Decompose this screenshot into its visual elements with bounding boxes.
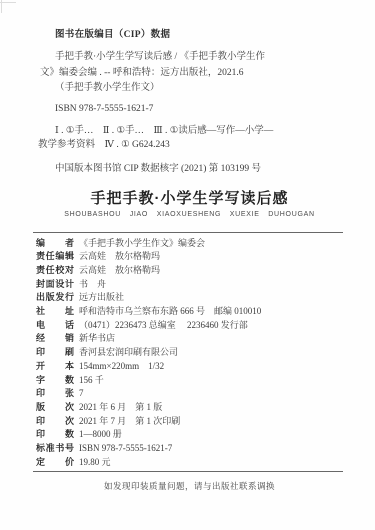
cip-heading: 图书在版编目（CIP）数据 [36, 29, 343, 42]
detail-value: ISBN 978-7-5555-1621-7 [79, 442, 343, 456]
book-title-block: 手把手教·小学生学写读后感 SHOUBASHOU JIAO XIAOXUESHE… [36, 189, 343, 220]
detail-row-address: 社址 呼和浩特市乌兰察布东路 666 号 邮编 010010 [36, 305, 343, 319]
detail-label: 版次 [36, 401, 74, 415]
detail-value: 2021 年 6 月 第 1 版 [79, 401, 343, 415]
cip-record-number: 中国版本图书馆 CIP 数据核字 (2021) 第 103199 号 [36, 163, 343, 176]
copyright-page: 图书在版编目（CIP）数据 手把手教·小学生学写读后感 / 《手把手教小学生作 … [0, 0, 375, 530]
cip-description: 手把手教·小学生学写读后感 / 《手把手教小学生作 文》编委会编 . -- 呼和… [36, 50, 343, 97]
detail-label: 编者 [36, 237, 74, 251]
cip-data-section: 图书在版编目（CIP）数据 手把手教·小学生学写读后感 / 《手把手教小学生作 … [36, 29, 343, 176]
detail-label: 字数 [36, 374, 74, 388]
cip-classification-line: 教学参考资料 Ⅳ . ① G624.243 [36, 138, 343, 153]
detail-row-cover-design: 封面设计 书 舟 [36, 278, 343, 292]
isbn-line: ISBN 978-7-5555-1621-7 [36, 103, 343, 116]
detail-label: 出版发行 [36, 291, 74, 305]
book-title: 手把手教·小学生学写读后感 [36, 189, 343, 209]
detail-value: 7 [79, 387, 343, 401]
cip-description-line: （手把手教小学生作文） [36, 81, 343, 97]
detail-value: 书 舟 [79, 278, 343, 292]
detail-row-print-run: 印数 1—8000 册 [36, 428, 343, 442]
detail-value: 154mm×220mm 1/32 [79, 360, 343, 374]
detail-row-edition: 版次 2021 年 6 月 第 1 版 [36, 401, 343, 415]
publication-details-list: 编者 《手把手教小学生作文》编委会 责任编辑 云高娃 敖尔格勒玛 责任校对 云高… [36, 237, 343, 470]
detail-label: 印刷 [36, 346, 74, 360]
detail-value: 156 千 [79, 374, 343, 388]
detail-row-telephone: 电话 （0471）2236473 总编室 2236460 发行部 [36, 319, 343, 333]
detail-value: 香河县宏润印刷有限公司 [79, 346, 343, 360]
detail-label: 社址 [36, 305, 74, 319]
detail-label: 经销 [36, 332, 74, 346]
divider-rule-top [33, 232, 343, 233]
detail-label: 印数 [36, 428, 74, 442]
cip-description-line: 手把手教·小学生学写读后感 / 《手把手教小学生作 [36, 50, 343, 66]
detail-value: 19.80 元 [79, 456, 343, 470]
detail-label: 开本 [36, 360, 74, 374]
detail-row-format: 开本 154mm×220mm 1/32 [36, 360, 343, 374]
detail-label: 印张 [36, 387, 74, 401]
detail-label: 责任编辑 [36, 250, 74, 264]
detail-value: 云高娃 敖尔格勒玛 [79, 250, 343, 264]
book-title-pinyin: SHOUBASHOU JIAO XIAOXUESHENG XUEXIE DUHO… [36, 210, 343, 220]
detail-label: 标准书号 [36, 442, 74, 456]
detail-row-standard-isbn: 标准书号 ISBN 978-7-5555-1621-7 [36, 442, 343, 456]
detail-row-editor: 编者 《手把手教小学生作文》编委会 [36, 237, 343, 251]
detail-value: 2021 年 7 月 第 1 次印刷 [79, 415, 343, 429]
detail-value: 《手把手教小学生作文》编委会 [79, 237, 343, 251]
scan-edge-artifact [1, 0, 2, 13]
detail-label: 电话 [36, 319, 74, 333]
detail-label: 封面设计 [36, 278, 74, 292]
detail-row-publisher: 出版发行 远方出版社 [36, 291, 343, 305]
cip-classification: Ⅰ . ①手… Ⅱ . ①手… Ⅲ . ①读后感—写作—小学— 教学参考资料 Ⅳ… [36, 124, 343, 153]
detail-row-proofreader: 责任校对 云高娃 敖尔格勒玛 [36, 264, 343, 278]
detail-value: （0471）2236473 总编室 2236460 发行部 [79, 319, 343, 333]
detail-value: 云高娃 敖尔格勒玛 [79, 264, 343, 278]
detail-value: 1—8000 册 [79, 428, 343, 442]
scan-edge-artifact [0, 2, 16, 3]
detail-label: 责任校对 [36, 264, 74, 278]
detail-label: 印次 [36, 415, 74, 429]
detail-value: 远方出版社 [79, 291, 343, 305]
detail-row-distributor: 经销 新华书店 [36, 332, 343, 346]
detail-row-price: 定价 19.80 元 [36, 456, 343, 470]
detail-row-sheets: 印张 7 [36, 387, 343, 401]
detail-row-word-count: 字数 156 千 [36, 374, 343, 388]
detail-row-printing: 印次 2021 年 7 月 第 1 次印刷 [36, 415, 343, 429]
detail-row-printer: 印刷 香河县宏润印刷有限公司 [36, 346, 343, 360]
detail-value: 新华书店 [79, 332, 343, 346]
quality-notice: 如发现印装质量问题，请与出版社联系调换 [36, 480, 343, 492]
detail-row-responsible-editor: 责任编辑 云高娃 敖尔格勒玛 [36, 250, 343, 264]
cip-description-line: 文》编委会编 . -- 呼和浩特：远方出版社，2021.6 [36, 66, 343, 82]
cip-classification-line: Ⅰ . ①手… Ⅱ . ①手… Ⅲ . ①读后感—写作—小学— [36, 124, 343, 139]
divider-rule-bottom [33, 471, 343, 472]
detail-value: 呼和浩特市乌兰察布东路 666 号 邮编 010010 [79, 305, 343, 319]
detail-label: 定价 [36, 456, 74, 470]
